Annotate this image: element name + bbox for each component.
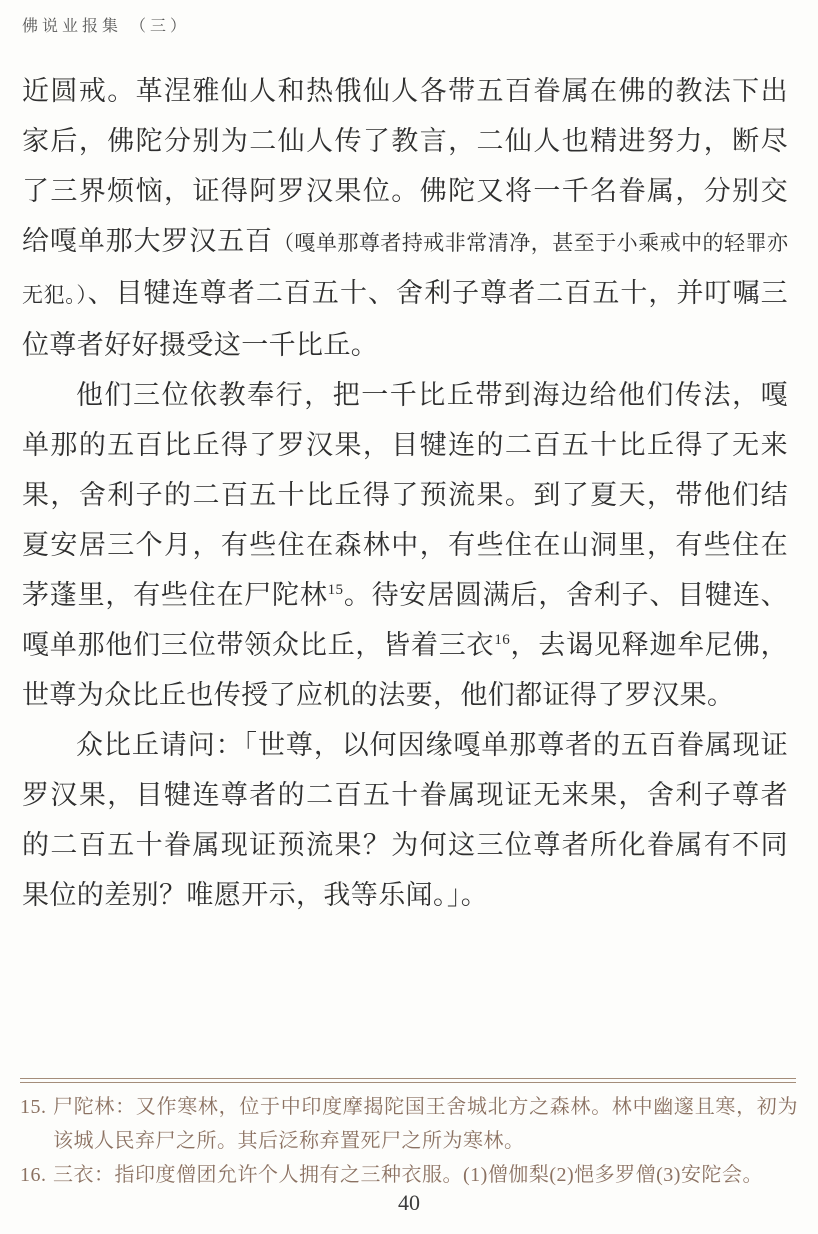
footnote-reference: 16 [494, 632, 510, 648]
text-run: 近圆戒。革涅雅仙人和热俄仙人各带五百眷属在佛的教法下出家后，佛陀分别为二仙人传了… [22, 76, 788, 256]
footnote-text: 三衣：指印度僧团允许个人拥有之三种衣服。(1)僧伽梨(2)悒多罗僧(3)安陀会。 [53, 1164, 763, 1186]
text-run: 、目犍连尊者二百五十、舍利子尊者二百五十，并叮嘱三位尊者好好摄受这一千比丘。 [22, 278, 788, 360]
footnote-number: 15. [20, 1090, 47, 1124]
footnote-text: 尸陀林：又作寒林，位于中印度摩揭陀国王舍城北方之森林。林中幽邃且寒，初为该城人民… [53, 1096, 798, 1152]
footnote: 15.尸陀林：又作寒林，位于中印度摩揭陀国王舍城北方之森林。林中幽邃且寒，初为该… [20, 1090, 798, 1158]
page-number: 40 [0, 1190, 818, 1216]
paragraph: 近圆戒。革涅雅仙人和热俄仙人各带五百眷属在佛的教法下出家后，佛陀分别为二仙人传了… [22, 66, 788, 370]
text-run: 他们三位依教奉行，把一千比丘带到海边给他们传法，嘎单那的五百比丘得了罗汉果，目犍… [22, 380, 788, 610]
body-text: 近圆戒。革涅雅仙人和热俄仙人各带五百眷属在佛的教法下出家后，佛陀分别为二仙人传了… [22, 66, 788, 920]
footnote-separator-rule [20, 1078, 796, 1083]
footnote-number: 16. [20, 1158, 47, 1192]
text-run: 众比丘请问：「世尊，以何因缘嘎单那尊者的五百眷属现证罗汉果，目犍连尊者的二百五十… [22, 730, 788, 910]
footnote: 16.三衣：指印度僧团允许个人拥有之三种衣服。(1)僧伽梨(2)悒多罗僧(3)安… [20, 1158, 798, 1192]
document-page: 佛说业报集 （三） 近圆戒。革涅雅仙人和热俄仙人各带五百眷属在佛的教法下出家后，… [0, 0, 818, 1234]
paragraph: 他们三位依教奉行，把一千比丘带到海边给他们传法，嘎单那的五百比丘得了罗汉果，目犍… [22, 370, 788, 720]
footnote-section: 15.尸陀林：又作寒林，位于中印度摩揭陀国王舍城北方之森林。林中幽邃且寒，初为该… [20, 1090, 798, 1192]
paragraph: 众比丘请问：「世尊，以何因缘嘎单那尊者的五百眷属现证罗汉果，目犍连尊者的二百五十… [22, 720, 788, 920]
footnote-reference: 15 [328, 582, 344, 598]
running-header: 佛说业报集 （三） [22, 13, 190, 36]
